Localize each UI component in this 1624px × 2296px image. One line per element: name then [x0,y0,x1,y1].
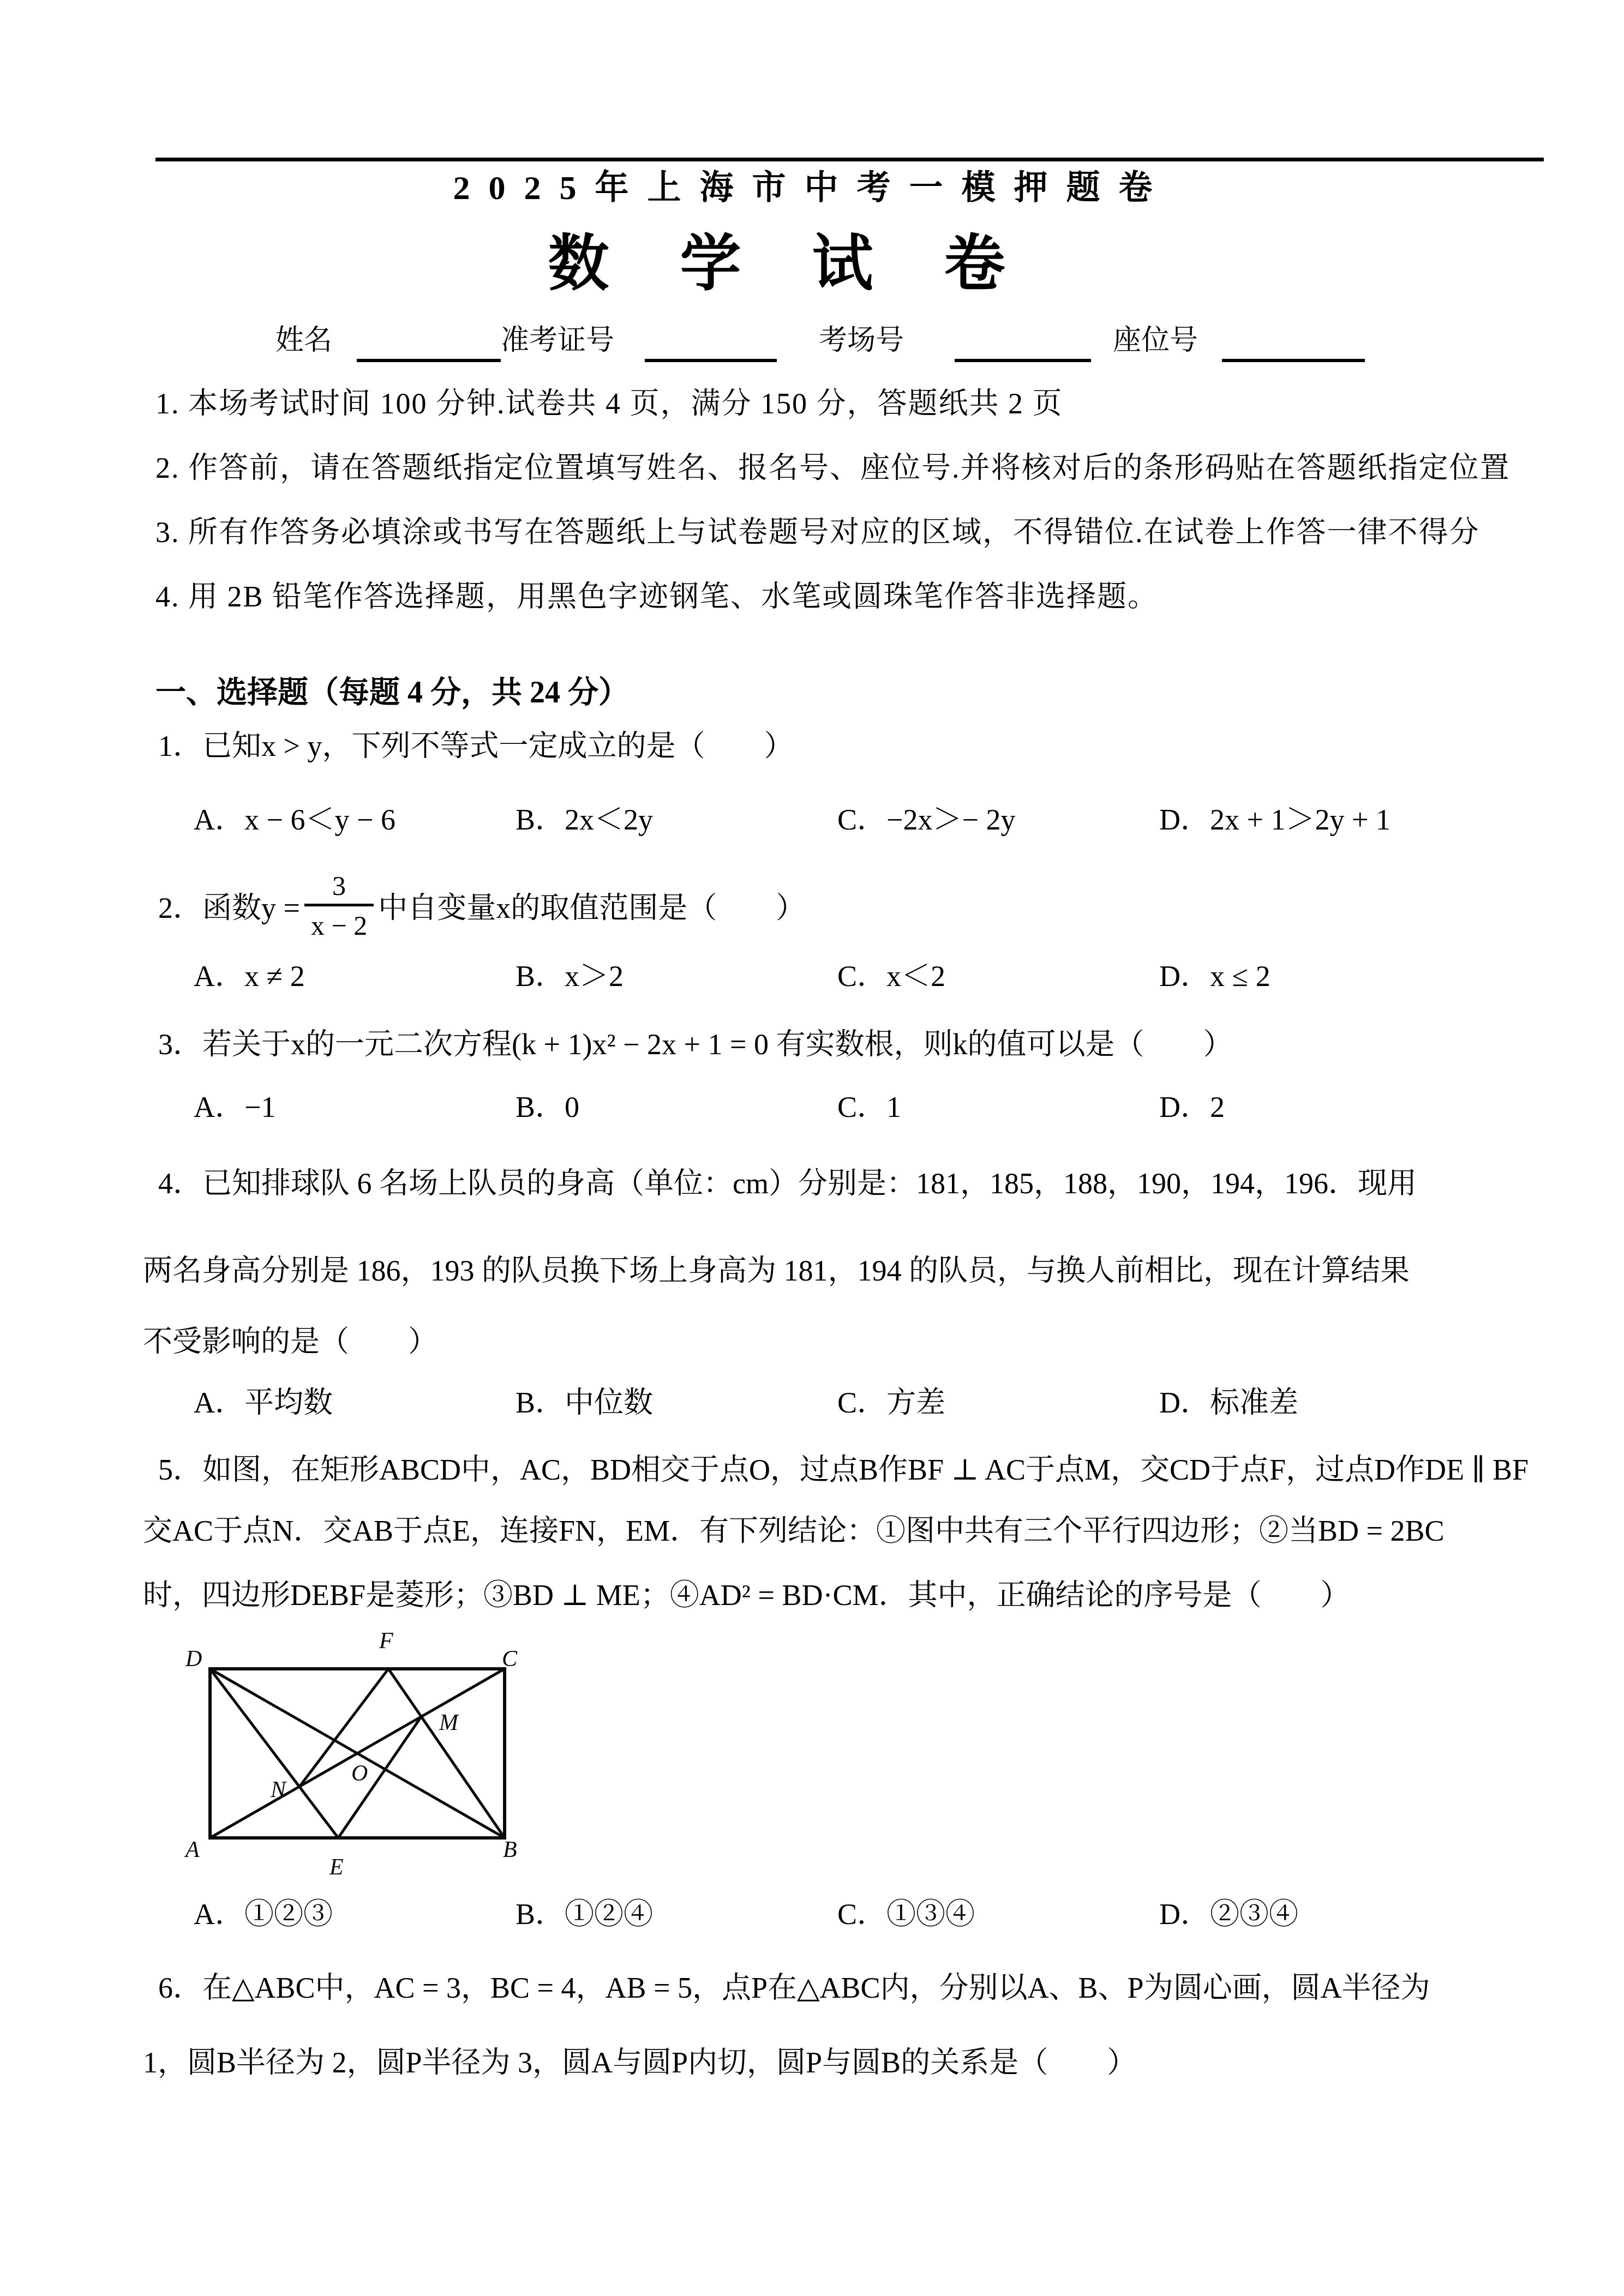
q5-option-a: A．①②③ [194,1892,333,1936]
question-3-options: A．−1 B．0 C．1 D．2 [0,1085,1624,1129]
top-horizontal-rule [155,158,1544,161]
q1-option-a: A．x − 6＜y − 6 [194,798,395,842]
question-2-options: A．x ≠ 2 B．x＞2 C．x＜2 D．x ≤ 2 [0,954,1624,998]
admission-field-label: 准考证号 [501,320,614,362]
question-6-line-1: 6．在△ABC中，AC = 3，BC = 4，AB = 5，点P在△ABC内，分… [158,1966,1430,2010]
question-5-line-3: 时，四边形DEBF是菱形；③BD ⊥ ME；④AD² = BD·CM．其中，正确… [143,1573,1350,1617]
question-4-options: A．平均数 B．中位数 C．方差 D．标准差 [0,1381,1624,1425]
section-1-header: 一、选择题（每题 4 分，共 24 分） [155,670,629,716]
q5-option-c: C．①③④ [837,1892,975,1936]
question-5-line-1: 5．如图，在矩形ABCD中，AC，BD相交于点O，过点B作BF ⊥ AC于点M，… [158,1448,1529,1492]
question-1-options: A．x − 6＜y − 6 B．2x＜2y C．−2x＞− 2y D．2x + … [0,798,1624,842]
notice-3: 3. 所有作答务必填涂或书写在答题纸上与试卷题号对应的区域，不得错位.在试卷上作… [155,510,1480,554]
exam-title: 2025年上海市中考一模押题卷 [0,164,1624,213]
question-4-line-1: 4．已知排球队 6 名场上队员的身高（单位：cm）分别是：181，185，188… [158,1162,1417,1205]
question-5-line-2: 交AC于点N．交AB于点E，连接FN，EM．有下列结论：①图中共有三个平行四边形… [143,1509,1445,1553]
q2-option-b: B．x＞2 [516,954,624,998]
room-blank-line [955,359,1091,362]
figure-label-m: M [439,1710,459,1735]
figure-label-f: F [379,1628,393,1654]
figure-label-b: B [503,1837,517,1862]
figure-label-n: N [270,1777,287,1802]
notice-4: 4. 用 2B 铅笔作答选择题，用黑色字迹钢笔、水笔或圆珠笔作答非选择题。 [155,575,1158,618]
q2-option-a: A．x ≠ 2 [194,954,305,998]
q2-suffix: 中自变量x的取值范围是（ ） [378,885,805,927]
seat-field-label: 座位号 [1113,320,1198,362]
question-6-line-2: 1，圆B半径为 2，圆P半径为 3，圆A与圆P内切，圆P与圆B的关系是（ ） [143,2041,1136,2084]
figure-label-o: O [351,1761,368,1786]
q3-option-c: C．1 [837,1085,901,1129]
notice-1: 1. 本场考试时间 100 分钟.试卷共 4 页，满分 150 分，答题纸共 2… [155,382,1063,425]
q1-option-b: B．2x＜2y [516,798,653,842]
question-4-line-2: 两名身高分别是 186，193 的队员换下场上身高为 181，194 的队员，与… [143,1249,1410,1293]
question-1-text: 1．已知x > y，下列不等式一定成立的是（ ） [158,724,793,768]
candidate-fields-row: 姓名 准考证号 考场号 座位号 [0,320,1624,362]
q4-option-a: A．平均数 [194,1381,333,1425]
notice-2: 2. 作答前，请在答题纸指定位置填写姓名、报名号、座位号.并将核对后的条形码贴在… [155,446,1511,490]
figure-segment-bf [388,1669,505,1838]
q4-option-b: B．中位数 [516,1381,653,1425]
q2-fraction-numerator: 3 [323,872,355,904]
question-5-figure: D F C M O N A E B [180,1622,540,1879]
room-field-label: 考场号 [819,320,904,362]
figure-label-e: E [329,1855,344,1879]
name-blank-line [357,359,501,362]
figure-label-a: A [184,1837,200,1862]
q5-option-d: D．②③④ [1159,1892,1298,1936]
q2-option-d: D．x ≤ 2 [1159,954,1271,998]
q2-fraction: 3 x − 2 [304,872,374,939]
q2-prefix: 2．函数y = [158,885,300,927]
question-2-text: 2．函数y = 3 x − 2 中自变量x的取值范围是（ ） [158,859,805,952]
name-field-label: 姓名 [275,320,332,362]
exam-paper-page: 2025年上海市中考一模押题卷 数学试卷 姓名 准考证号 考场号 座位号 1. … [0,0,1624,2296]
seat-blank-line [1222,359,1365,362]
question-5-options: A．①②③ B．①②④ C．①③④ D．②③④ [0,1892,1624,1936]
rectangle-geometry-figure: D F C M O N A E B [180,1622,540,1879]
question-3-text: 3．若关于x的一元二次方程(k + 1)x² − 2x + 1 = 0 有实数根… [158,1023,1232,1066]
q1-option-d: D．2x + 1＞2y + 1 [1159,798,1391,842]
admission-blank-line [645,359,777,362]
q4-option-c: C．方差 [837,1381,945,1425]
q3-option-a: A．−1 [194,1085,275,1129]
question-4-line-3: 不受影响的是（ ） [143,1320,438,1363]
figure-label-d: D [185,1646,202,1672]
q2-option-c: C．x＜2 [837,954,945,998]
q1-option-c: C．−2x＞− 2y [837,798,1015,842]
q5-option-b: B．①②④ [516,1892,653,1936]
figure-segment-em [338,1717,421,1838]
q3-option-d: D．2 [1159,1085,1225,1129]
q3-option-b: B．0 [516,1085,579,1129]
q2-fraction-denominator: x − 2 [304,904,374,939]
subject-title: 数学试卷 [0,226,1624,303]
q4-option-d: D．标准差 [1159,1381,1298,1425]
figure-segment-de [210,1669,338,1838]
figure-label-c: C [502,1646,518,1672]
